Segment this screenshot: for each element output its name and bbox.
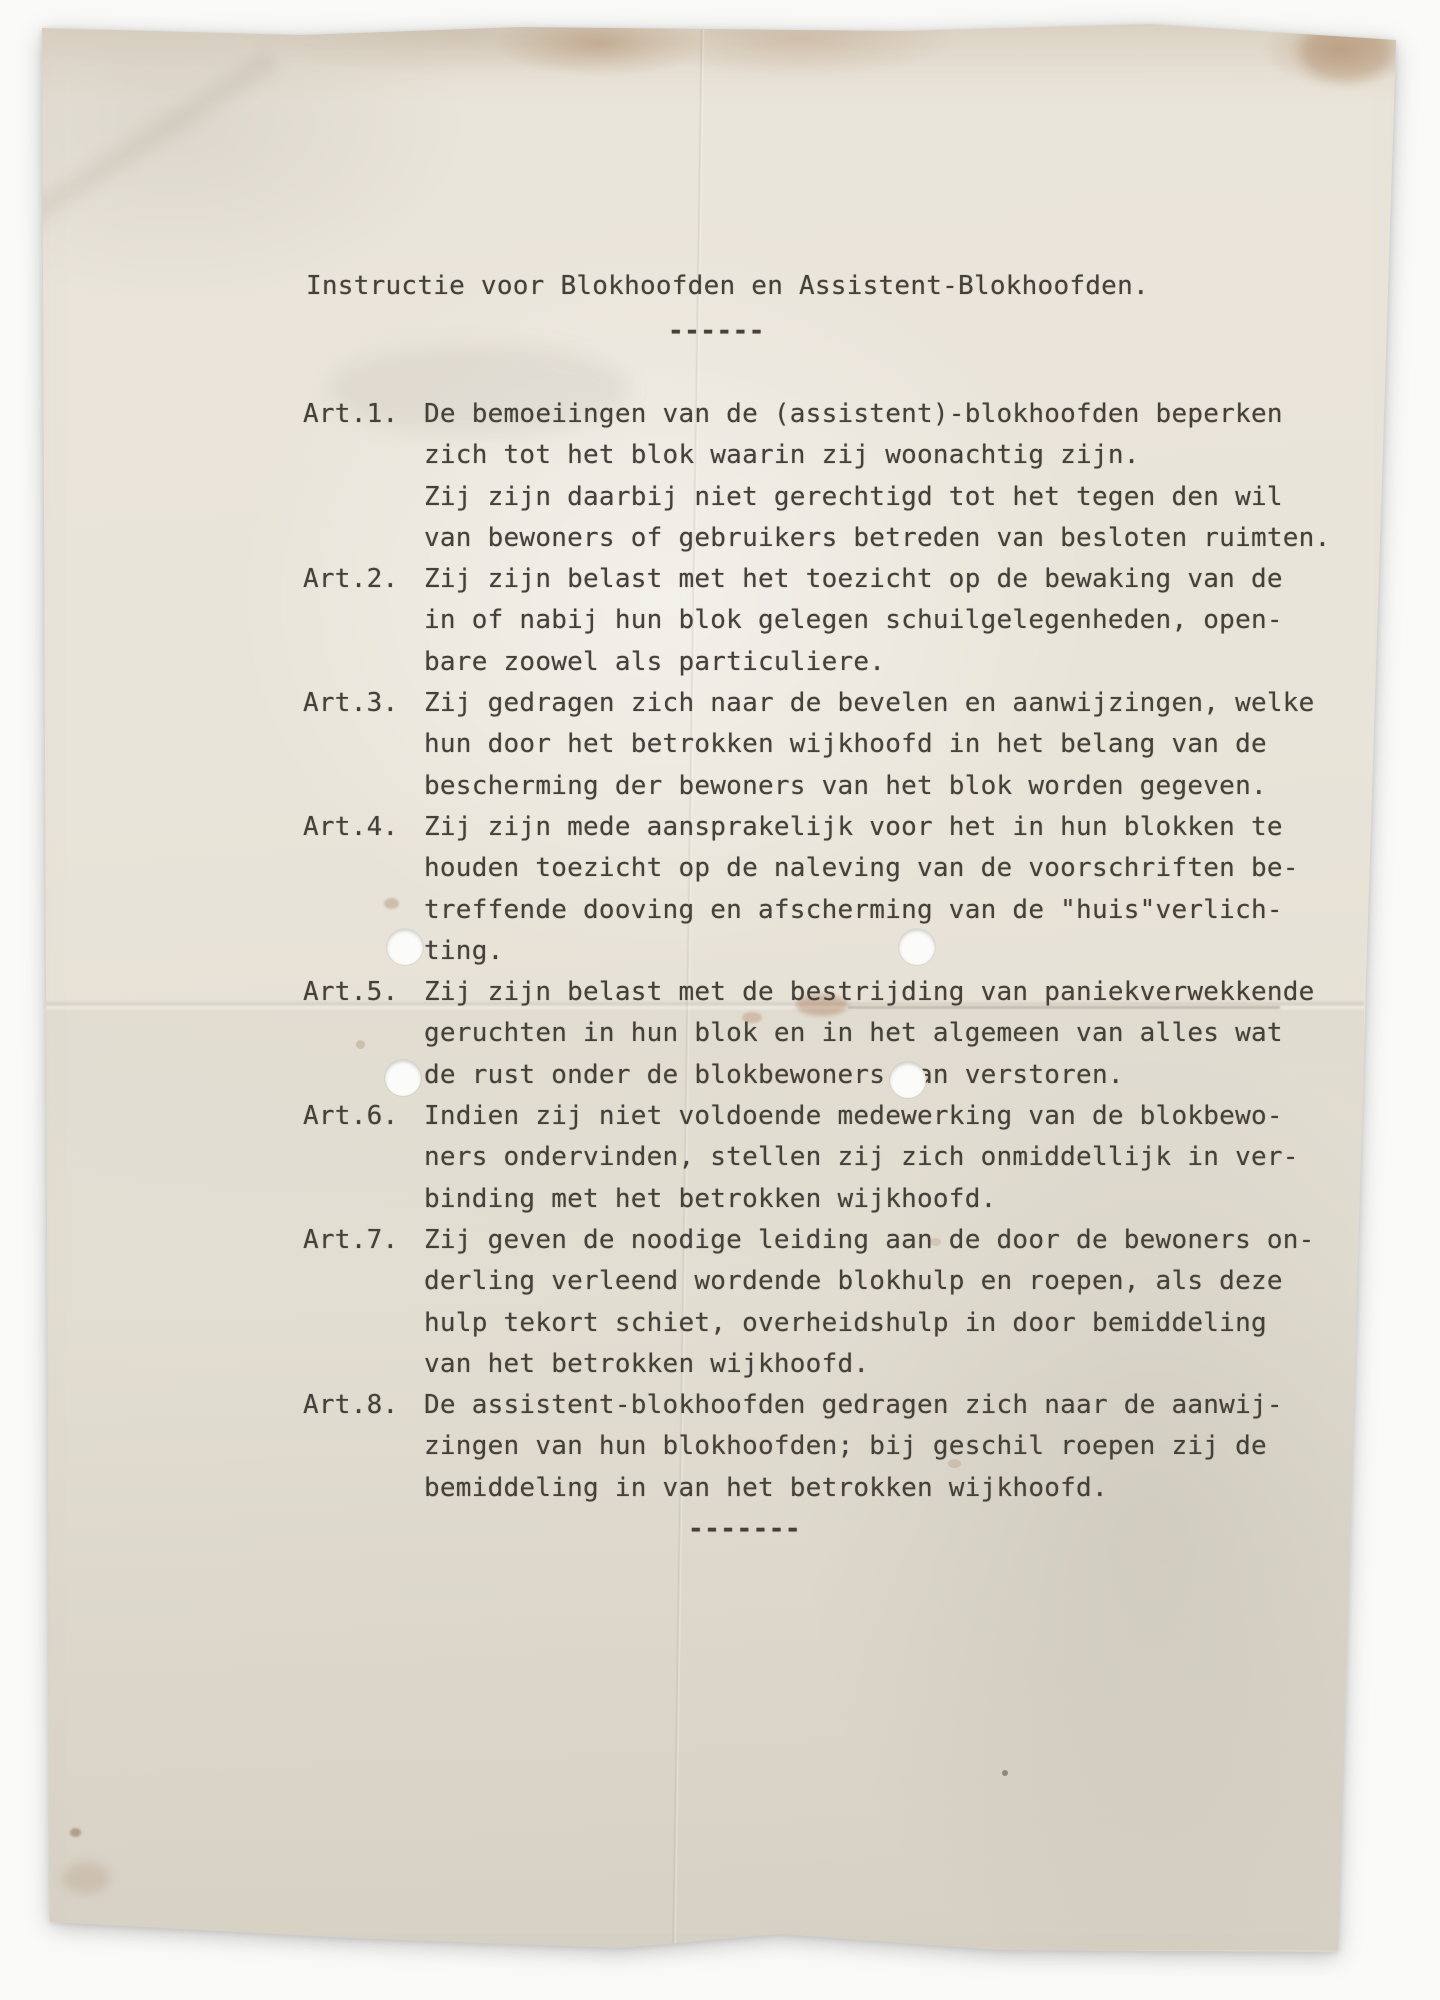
article-row: Art.3.Zij gedragen zich naar de bevelen … [303,683,1331,807]
article-label: Art.3. [303,683,424,724]
article-label: Art.6. [303,1096,424,1137]
article-lines: Zij geven de noodige leiding aan de door… [424,1220,1315,1385]
article-line: zich tot het blok waarin zij woonachtig … [424,435,1331,476]
article-line: bescherming der bewoners van het blok wo… [424,766,1315,807]
article-row: Art.1.De bemoeiingen van de (assistent)-… [303,394,1331,559]
article-row: Art.5.Zij zijn belast met de bestrijding… [303,972,1331,1096]
article-line: de rust onder de blokbewoners kan versto… [424,1055,1315,1096]
article-row: Art.4.Zij zijn mede aansprakelijk voor h… [303,807,1331,972]
article-line: ting. [424,931,1299,972]
article-line: De bemoeiingen van de (assistent)-blokho… [424,394,1331,435]
article-lines: Zij zijn mede aansprakelijk voor het in … [424,807,1299,972]
stain [1002,1770,1008,1776]
stain [70,1828,81,1837]
article-line: zingen van hun blokhoofden; bij geschil … [424,1426,1283,1467]
punch-hole [899,929,935,965]
corner-wrinkle [0,43,283,253]
article-lines: Indien zij niet voldoende medewerking va… [424,1096,1299,1220]
photo-background: Instructie voor Blokhoofden en Assistent… [0,0,1440,2000]
stain [28,148,37,163]
punch-hole [890,1062,926,1098]
article-lines: De assistent-blokhoofden gedragen zich n… [424,1385,1283,1509]
article-line: Zij geven de noodige leiding aan de door… [424,1220,1315,1261]
title-divider: ------ [668,311,765,352]
article-lines: De bemoeiingen van de (assistent)-blokho… [424,394,1331,559]
article-row: Art.8.De assistent-blokhoofden gedragen … [303,1385,1331,1509]
articles-list: Art.1.De bemoeiingen van de (assistent)-… [303,394,1331,1509]
stain [62,1862,110,1894]
article-line: Zij zijn belast met de bestrijding van p… [424,972,1315,1013]
article-line: van bewoners of gebruikers betreden van … [424,518,1331,559]
article-line: Indien zij niet voldoende medewerking va… [424,1096,1299,1137]
document-title: Instructie voor Blokhoofden en Assistent… [306,266,1149,307]
stain [23,416,30,425]
punch-hole [387,929,423,965]
paper-shadow-wrap: Instructie voor Blokhoofden en Assistent… [0,0,1440,2000]
top-edge-stain [40,22,1396,118]
article-line: bare zoowel als particuliere. [424,642,1283,683]
article-row: Art.6.Indien zij niet voldoende medewerk… [303,1096,1331,1220]
article-line: binding met het betrokken wijkhoofd. [424,1179,1299,1220]
stain [33,758,42,769]
article-line: De assistent-blokhoofden gedragen zich n… [424,1385,1283,1426]
article-line: geruchten in hun blok en in het algemeen… [424,1013,1315,1054]
article-line: Zij zijn daarbij niet gerechtigd tot het… [424,477,1331,518]
article-line: treffende dooving en afscherming van de … [424,890,1299,931]
article-label: Art.5. [303,972,424,1013]
article-line: Zij zijn belast met het toezicht op de b… [424,559,1283,600]
article-label: Art.1. [303,394,424,435]
article-row: Art.7.Zij geven de noodige leiding aan d… [303,1220,1331,1385]
article-line: hun door het betrokken wijkhoofd in het … [424,724,1315,765]
stain [27,1004,34,1013]
article-line: bemiddeling in van het betrokken wijkhoo… [424,1468,1283,1509]
punch-hole [385,1060,421,1096]
stain [37,1306,46,1317]
article-line: Zij gedragen zich naar de bevelen en aan… [424,683,1315,724]
article-line: derling verleend wordende blokhulp en ro… [424,1261,1315,1302]
article-line: hulp tekort schiet, overheidshulp in doo… [424,1303,1315,1344]
article-line: Zij zijn mede aansprakelijk voor het in … [424,807,1299,848]
article-lines: Zij gedragen zich naar de bevelen en aan… [424,683,1315,807]
article-line: in of nabij hun blok gelegen schuilgeleg… [424,600,1283,641]
document-paper: Instructie voor Blokhoofden en Assistent… [0,0,1440,2000]
article-label: Art.4. [303,807,424,848]
article-row: Art.2.Zij zijn belast met het toezicht o… [303,559,1331,683]
article-lines: Zij zijn belast met het toezicht op de b… [424,559,1283,683]
article-line: van het betrokken wijkhoofd. [424,1344,1315,1385]
article-lines: Zij zijn belast met de bestrijding van p… [424,972,1315,1096]
article-label: Art.7. [303,1220,424,1261]
article-label: Art.2. [303,559,424,600]
closing-divider: ------- [688,1509,801,1550]
stain [1300,20,1392,82]
article-label: Art.8. [303,1385,424,1426]
article-line: houden toezicht op de naleving van de vo… [424,848,1299,889]
article-line: ners ondervinden, stellen zij zich onmid… [424,1137,1299,1178]
